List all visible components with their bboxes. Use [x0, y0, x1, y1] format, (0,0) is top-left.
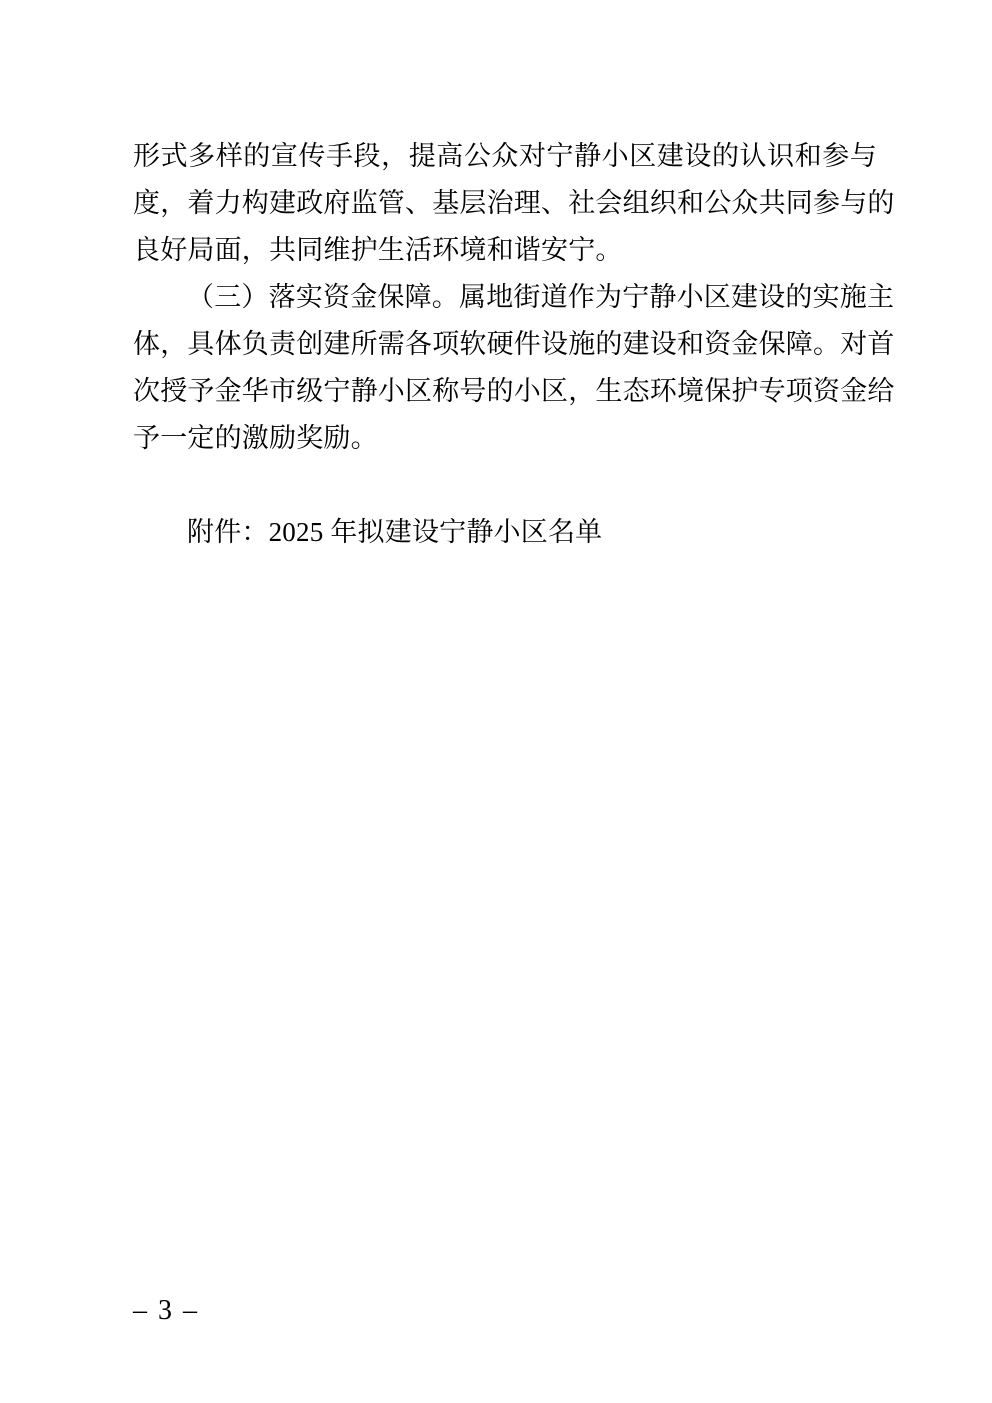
attachment-line: 附件：2025 年拟建设宁静小区名单 — [133, 509, 877, 556]
body-line: 体，具体负责创建所需各项软硬件设施的建设和资金保障。对首 — [133, 321, 877, 368]
body-line: 次授予金华市级宁静小区称号的小区，生态环境保护专项资金给 — [133, 368, 877, 415]
body-line: 予一定的激励奖励。 — [133, 415, 877, 462]
body-line-section-heading: （三）落实资金保障。属地街道作为宁静小区建设的实施主 — [133, 274, 877, 321]
document-page: { "document": { "lines": [ "形式多样的宣传手段，提高… — [0, 0, 992, 1403]
document-text-block: 形式多样的宣传手段，提高公众对宁静小区建设的认识和参与 度，着力构建政府监管、基… — [133, 133, 877, 556]
body-line: 形式多样的宣传手段，提高公众对宁静小区建设的认识和参与 — [133, 133, 877, 180]
blank-line — [133, 462, 877, 509]
body-line: 良好局面，共同维护生活环境和谐安宁。 — [133, 227, 877, 274]
body-line: 度，着力构建政府监管、基层治理、社会组织和公众共同参与的 — [133, 180, 877, 227]
page-number: – 3 – — [133, 1294, 199, 1328]
